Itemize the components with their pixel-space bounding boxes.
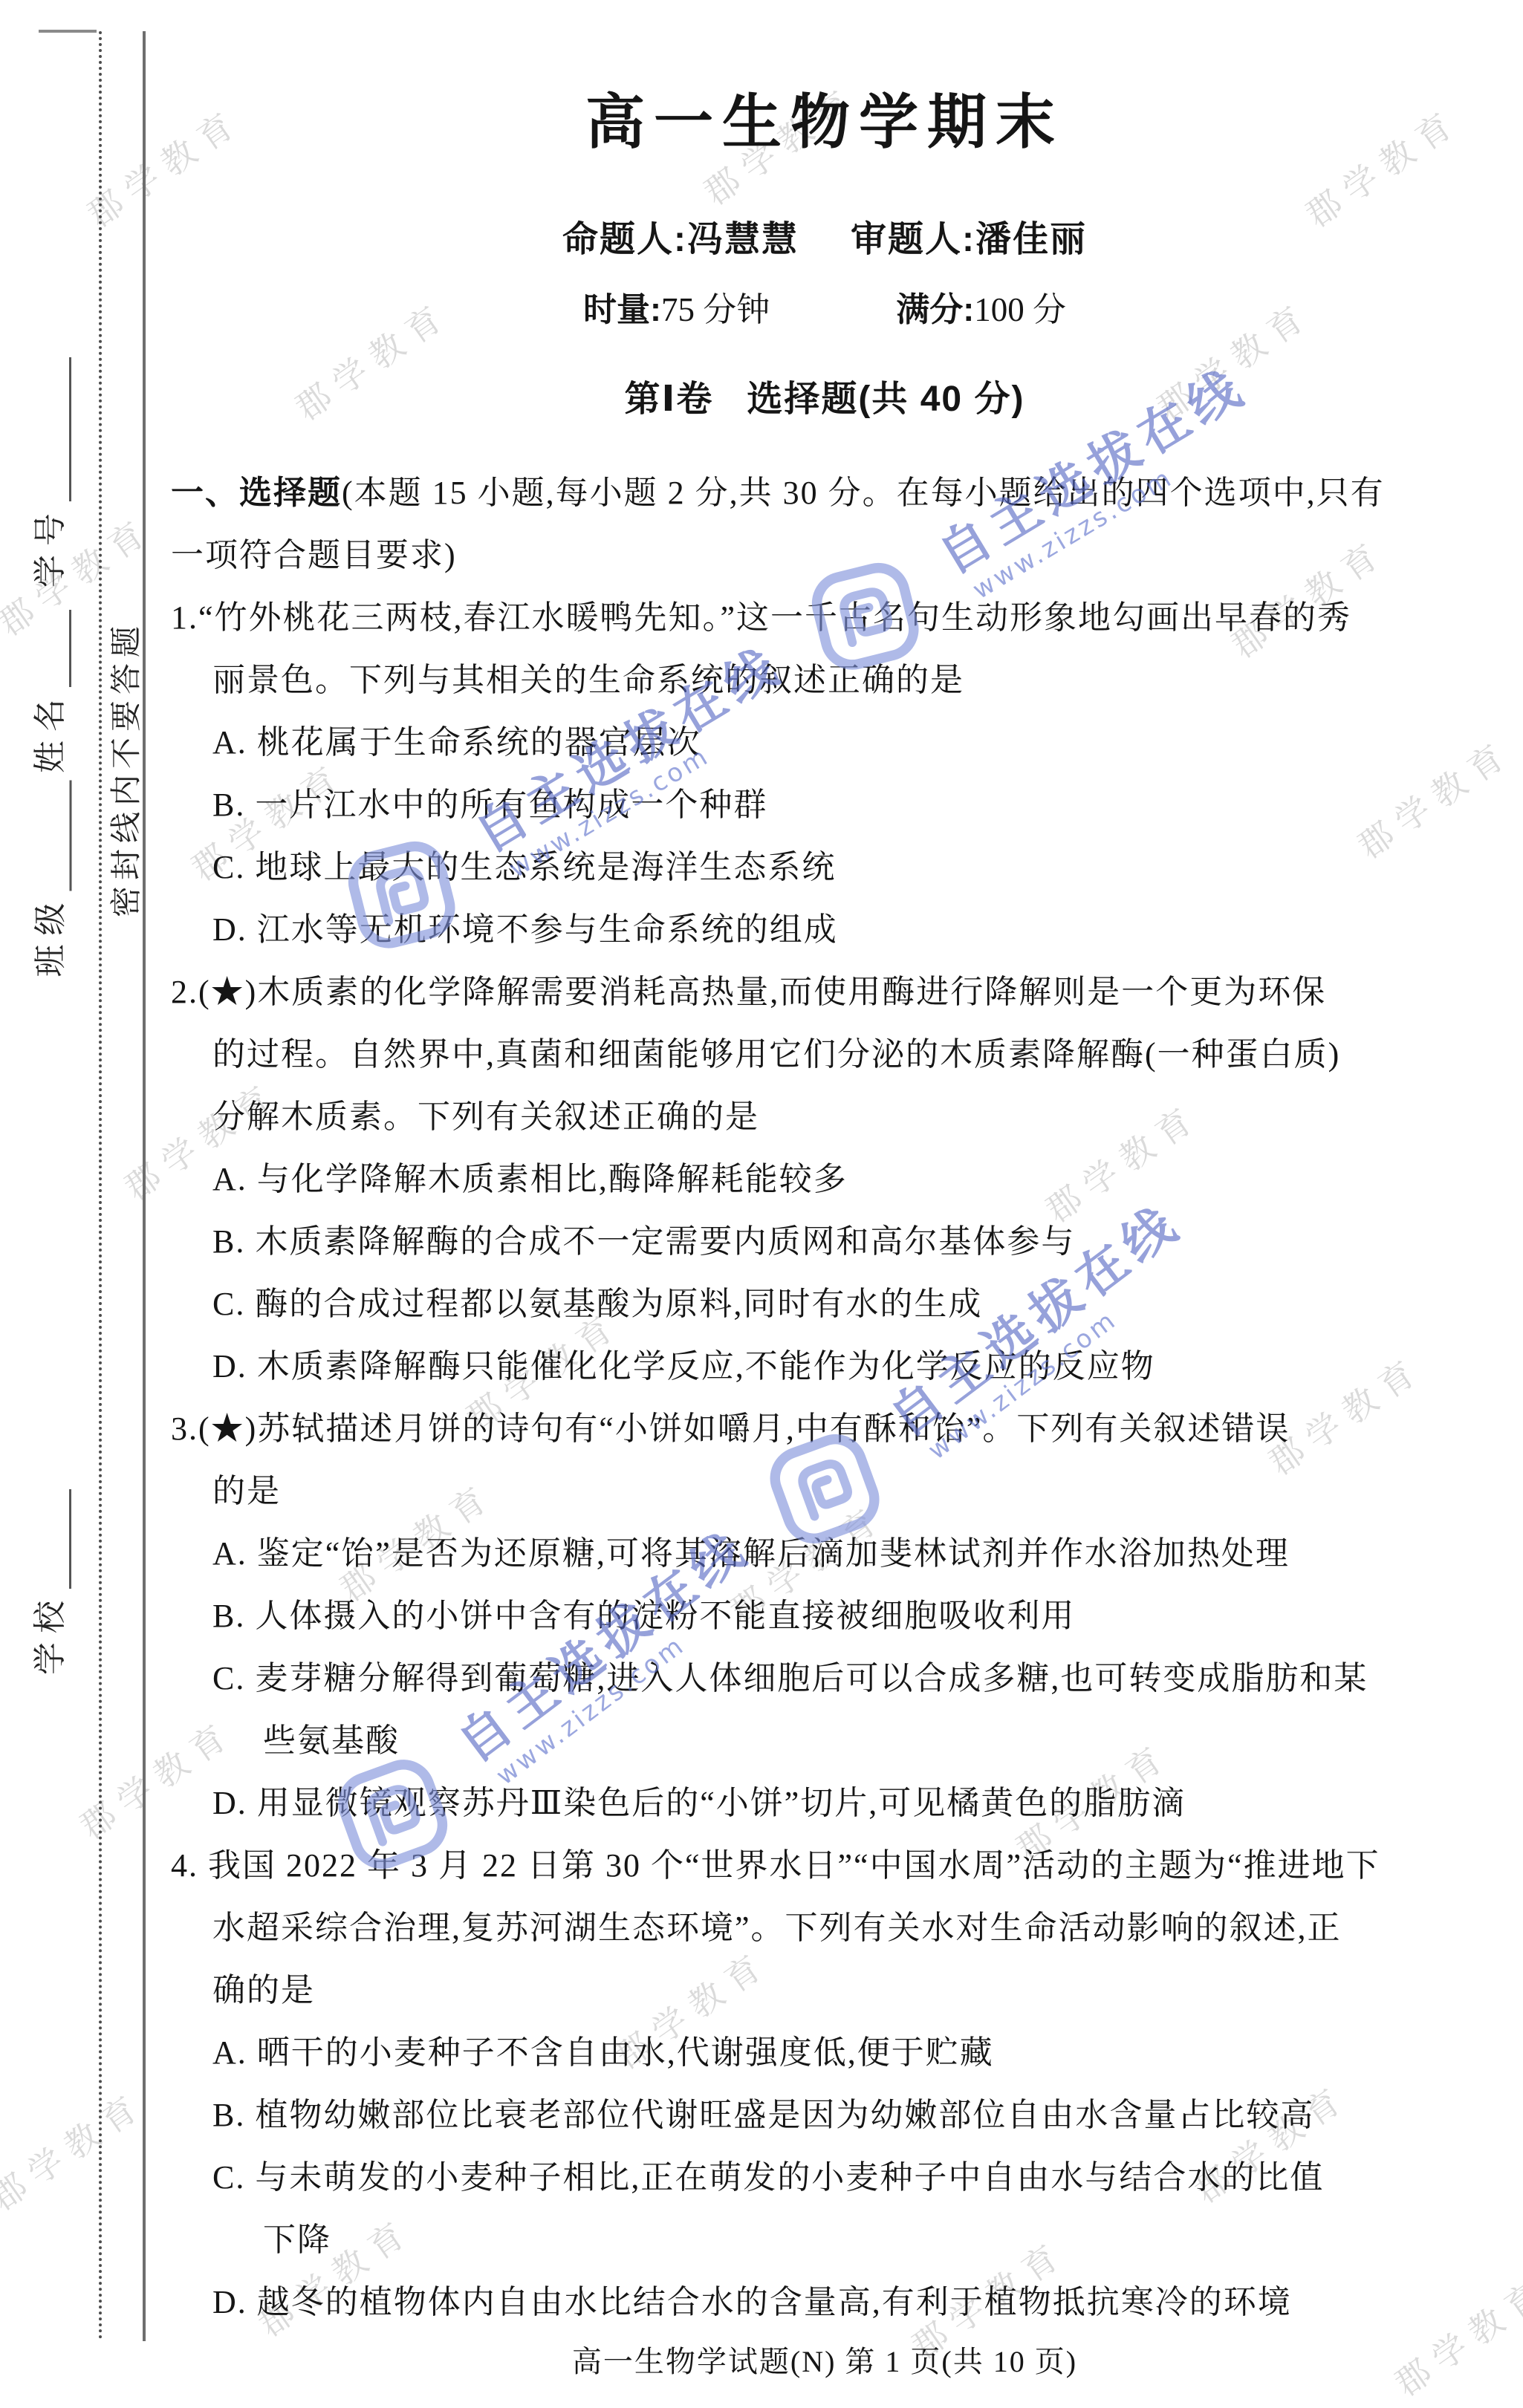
body-line: 1.“竹外桃花三两枝,春江水暖鸭先知。”这一千古名句生动形象地勾画出早春的秀 — [171, 587, 1478, 649]
field-class: 班级 — [30, 781, 72, 977]
line-text: 的过程。自然界中,真菌和细菌能够用它们分泌的木质素降解酶(一种蛋白质) — [212, 1036, 1340, 1073]
line-text: C. 酶的合成过程都以氨基酸为原料,同时有水的生成 — [212, 1286, 982, 1322]
line-text: A. 桃花属于生命系统的器官层次 — [212, 724, 701, 761]
body-line: A. 桃花属于生命系统的器官层次 — [171, 712, 1478, 774]
body-line: B. 一片江水中的所有鱼构成一个种群 — [171, 774, 1478, 836]
body-line: C. 地球上最大的生态系统是海洋生态系统 — [171, 836, 1478, 899]
body-line: 水超采综合治理,复苏河湖生态环境”。下列有关水对生命活动影响的叙述,正 — [171, 1897, 1478, 1959]
line-text: (本题 15 小题,每小题 2 分,共 30 分。在每小题给出的四个选项中,只有 — [342, 475, 1385, 511]
line-text: D. 用显微镜观察苏丹Ⅲ染色后的“小饼”切片,可见橘黄色的脂肪滴 — [212, 1785, 1186, 1821]
body-line: D. 木质素降解酶只能催化化学反应,不能作为化学反应的反应物 — [171, 1335, 1478, 1398]
seal-dotted-line — [99, 31, 102, 2341]
section-part: 第Ⅰ卷 — [625, 370, 714, 421]
body-line: 的过程。自然界中,真菌和细菌能够用它们分泌的木质素降解酶(一种蛋白质) — [171, 1024, 1478, 1086]
line-text: 的是 — [212, 1473, 281, 1509]
line-text: A. 与化学降解木质素相比,酶降解耗能较多 — [212, 1161, 848, 1197]
line-text: 一项符合题目要求) — [171, 537, 457, 573]
body-line: A. 鉴定“饴”是否为还原糖,可将其溶解后滴加斐林试剂并作水浴加热处理 — [171, 1523, 1478, 1585]
line-text: 1.“竹外桃花三两枝,春江水暖鸭先知。”这一千古名句生动形象地勾画出早春的秀 — [171, 599, 1351, 636]
question-lines: 一、选择题(本题 15 小题,每小题 2 分,共 30 分。在每小题给出的四个选… — [171, 462, 1478, 2334]
field-student-number-blank — [41, 357, 71, 501]
body-line: 一、选择题(本题 15 小题,每小题 2 分,共 30 分。在每小题给出的四个选… — [171, 462, 1478, 524]
registration-tick — [39, 30, 97, 33]
line-text: 确的是 — [212, 1972, 315, 2008]
body-line: C. 酶的合成过程都以氨基酸为原料,同时有水的生成 — [171, 1273, 1478, 1335]
field-school-label: 学校 — [30, 1592, 71, 1675]
body-line: C. 麦芽糖分解得到葡萄糖,进入人体细胞后可以合成多糖,也可转变成脂肪和某 — [171, 1647, 1478, 1710]
field-name: 姓名 — [30, 610, 71, 773]
body-line: B. 木质素降解酶的合成不一定需要内质网和高尔基体参与 — [171, 1211, 1478, 1273]
seal-warning-text: 密封线内不要答题 — [102, 620, 142, 917]
page-footer: 高一生物学试题(N) 第 1 页(共 10 页) — [171, 2338, 1478, 2381]
body-line: D. 越冬的植物体内自由水比结合水的含量高,有利于植物抵抗寒冷的环境 — [171, 2271, 1478, 2334]
exam-paper-page: { "page": { "footer": "高一生物学试题(N) 第 1 页(… — [0, 0, 1523, 2408]
reviewer: 审题人:潘佳丽 — [851, 210, 1087, 261]
body-line: 的是 — [171, 1460, 1478, 1523]
body-line: 分解木质素。下列有关叙述正确的是 — [171, 1086, 1478, 1148]
duration: 时量:75 分钟 — [583, 282, 770, 331]
full-score: 满分:100 分 — [896, 282, 1066, 331]
body-line: A. 与化学降解木质素相比,酶降解耗能较多 — [171, 1148, 1478, 1211]
line-text: 3.(★)苏轼描述月饼的诗句有“小饼如嚼月,中有酥和饴”。下列有关叙述错误 — [171, 1410, 1290, 1447]
page-title: 高一生物学期末 — [171, 74, 1478, 160]
body-line: D. 用显微镜观察苏丹Ⅲ染色后的“小饼”切片,可见橘黄色的脂肪滴 — [171, 1772, 1478, 1835]
line-text: D. 木质素降解酶只能催化化学反应,不能作为化学反应的反应物 — [212, 1348, 1155, 1384]
seal-solid-line — [143, 31, 146, 2341]
field-student-number: 学号 — [30, 357, 71, 588]
line-text: A. 晒干的小麦种子不含自由水,代谢强度低,便于贮藏 — [212, 2034, 994, 2071]
line-text: 2.(★)木质素的化学降解需要消耗高热量,而使用酶进行降解则是一个更为环保 — [171, 974, 1326, 1010]
line-text: B. 木质素降解酶的合成不一定需要内质网和高尔基体参与 — [212, 1223, 1075, 1260]
body-line: 确的是 — [171, 1959, 1478, 2022]
field-student-number-label: 学号 — [30, 504, 71, 588]
body-line: 丽景色。下列与其相关的生命系统的叙述正确的是 — [171, 649, 1478, 712]
field-class-blank — [42, 781, 72, 891]
field-school-blank — [41, 1489, 71, 1589]
exam-info-row: 时量:75 分钟 满分:100 分 — [171, 282, 1478, 331]
line-text: 些氨基酸 — [263, 1722, 400, 1759]
body-line: 3.(★)苏轼描述月饼的诗句有“小饼如嚼月,中有酥和饴”。下列有关叙述错误 — [171, 1398, 1478, 1460]
examiner-row: 命题人:冯慧慧 审题人:潘佳丽 — [171, 210, 1478, 261]
line-text: 水超采综合治理,复苏河湖生态环境”。下列有关水对生命活动影响的叙述,正 — [212, 1910, 1342, 1946]
field-class-label: 班级 — [30, 894, 72, 977]
section-heading: 第Ⅰ卷 选择题(共 40 分) — [171, 370, 1478, 421]
body-line: 2.(★)木质素的化学降解需要消耗高热量,而使用酶进行降解则是一个更为环保 — [171, 961, 1478, 1024]
line-text: C. 地球上最大的生态系统是海洋生态系统 — [212, 849, 836, 885]
field-school: 学校 — [30, 1489, 71, 1675]
body-line: 4. 我国 2022 年 3 月 22 日第 30 个“世界水日”“中国水周”活… — [171, 1835, 1478, 1897]
field-name-blank — [41, 610, 71, 687]
field-name-label: 姓名 — [30, 690, 71, 773]
line-text: C. 与未萌发的小麦种子相比,正在萌发的小麦种子中自由水与结合水的比值 — [212, 2159, 1324, 2196]
line-text: A. 鉴定“饴”是否为还原糖,可将其溶解后滴加斐林试剂并作水浴加热处理 — [212, 1535, 1290, 1572]
line-bold-prefix: 一、选择题 — [171, 475, 342, 511]
body-line: D. 江水等无机环境不参与生命系统的组成 — [171, 899, 1478, 961]
line-text: D. 江水等无机环境不参与生命系统的组成 — [212, 911, 838, 948]
line-text: 丽景色。下列与其相关的生命系统的叙述正确的是 — [212, 662, 964, 698]
setter: 命题人:冯慧慧 — [562, 210, 799, 261]
line-text: C. 麦芽糖分解得到葡萄糖,进入人体细胞后可以合成多糖,也可转变成脂肪和某 — [212, 1660, 1368, 1696]
body-line: 一项符合题目要求) — [171, 524, 1478, 587]
gray-watermark-text: 郡学教育 — [0, 2077, 154, 2220]
line-text: B. 植物幼嫩部位比衰老部位代谢旺盛是因为幼嫩部位自由水含量占比较高 — [212, 2097, 1314, 2133]
body-line: B. 植物幼嫩部位比衰老部位代谢旺盛是因为幼嫩部位自由水含量占比较高 — [171, 2084, 1478, 2147]
body-line: B. 人体摄入的小饼中含有的淀粉不能直接被细胞吸收利用 — [171, 1585, 1478, 1647]
line-text: B. 人体摄入的小饼中含有的淀粉不能直接被细胞吸收利用 — [212, 1598, 1075, 1634]
line-text: 下降 — [263, 2222, 331, 2258]
line-text: B. 一片江水中的所有鱼构成一个种群 — [212, 787, 767, 823]
line-text: 分解木质素。下列有关叙述正确的是 — [212, 1099, 759, 1135]
body-line: C. 与未萌发的小麦种子相比,正在萌发的小麦种子中自由水与结合水的比值 — [171, 2147, 1478, 2209]
section-name: 选择题(共 40 分) — [747, 370, 1024, 421]
line-text: D. 越冬的植物体内自由水比结合水的含量高,有利于植物抵抗寒冷的环境 — [212, 2284, 1292, 2320]
body-line: A. 晒干的小麦种子不含自由水,代谢强度低,便于贮藏 — [171, 2022, 1478, 2084]
body-line: 些氨基酸 — [171, 1710, 1478, 1772]
body-line: 下降 — [171, 2209, 1478, 2271]
line-text: 4. 我国 2022 年 3 月 22 日第 30 个“世界水日”“中国水周”活… — [171, 1847, 1380, 1884]
